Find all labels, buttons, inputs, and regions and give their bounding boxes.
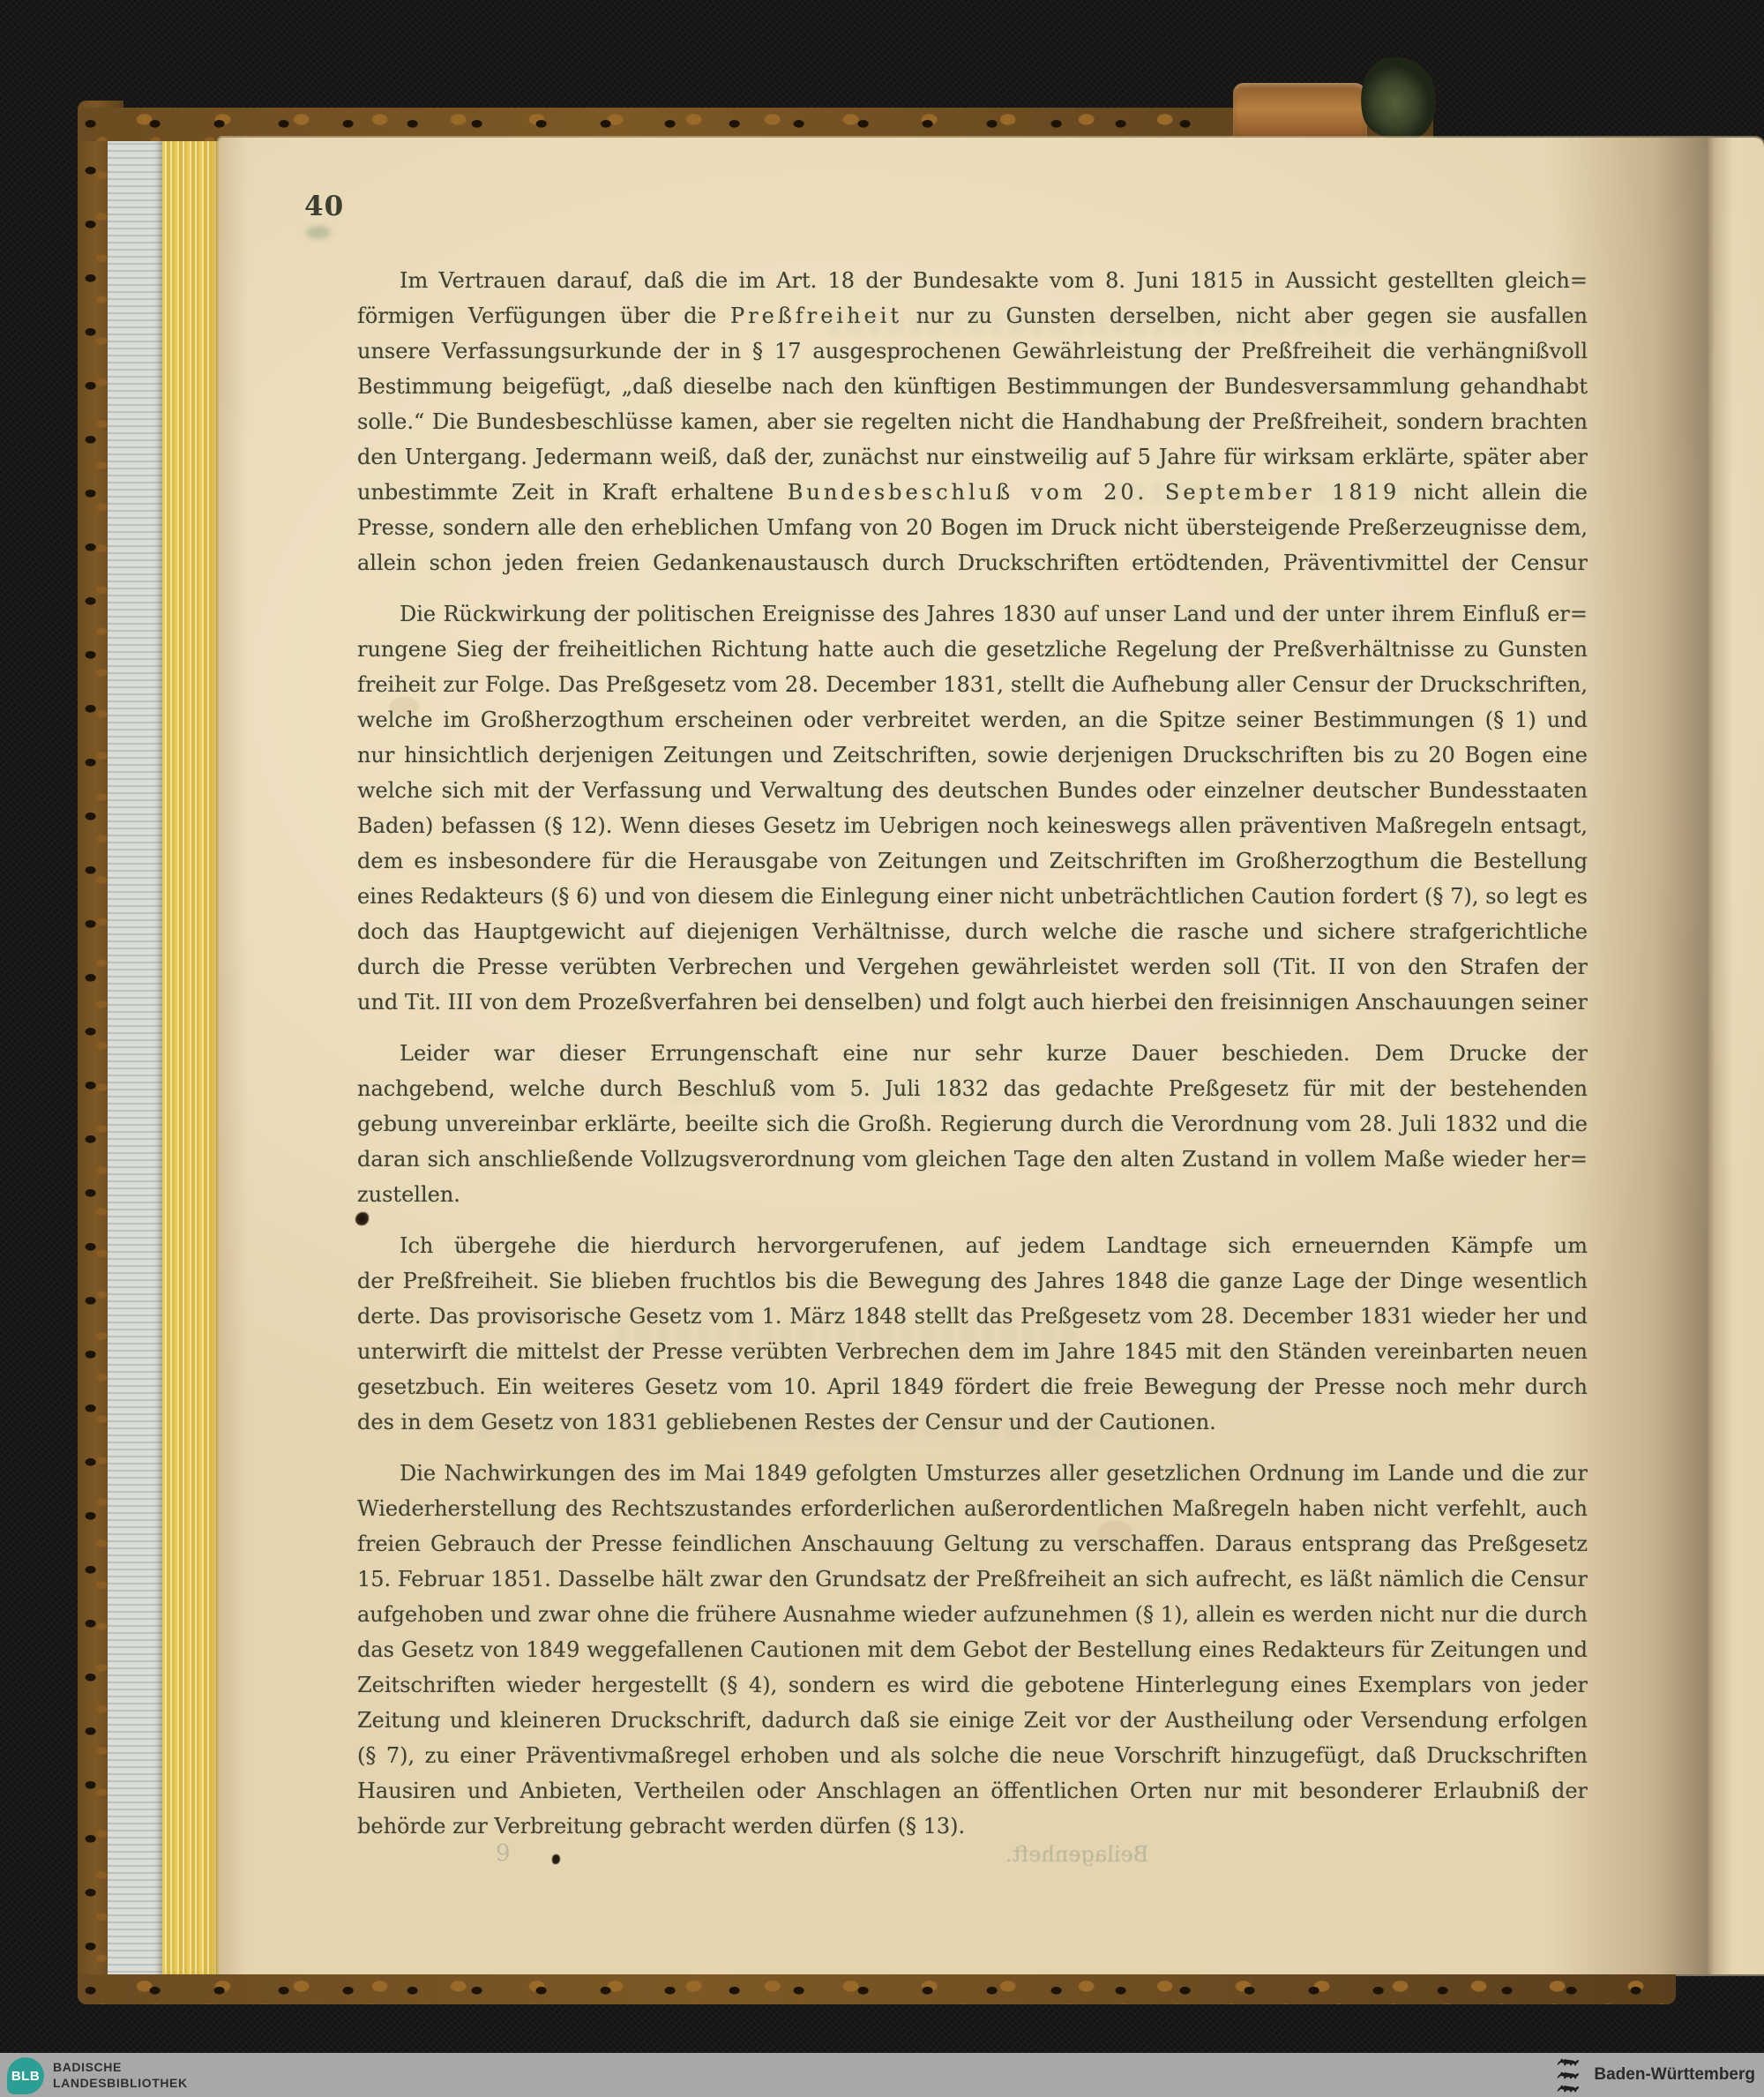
- text-line: Bestimmung beigefügt, „daß dieselbe nach…: [357, 369, 1588, 404]
- text-line: der Preßfreiheit. Sie blieben fruchtlos …: [357, 1263, 1588, 1299]
- text-line: das Gesetz von 1849 weggefallenen Cautio…: [357, 1632, 1588, 1667]
- text-line: nur hinsichtlich derjenigen Zeitungen un…: [357, 738, 1588, 773]
- text-line: dem es insbesondere für die Herausgabe v…: [357, 843, 1588, 879]
- state-name: Baden-Württemberg: [1594, 2065, 1755, 2085]
- paragraph: Die Nachwirkungen des im Mai 1849 gefolg…: [357, 1456, 1588, 1844]
- text-line: welche im Großherzogthum erscheinen oder…: [357, 702, 1588, 738]
- text-line: des in dem Gesetz von 1831 gebliebenen R…: [357, 1404, 1588, 1440]
- blb-library-logo: BLB: [7, 2057, 44, 2094]
- text-line: unbestimmte Zeit in Kraft erhaltene Bund…: [357, 475, 1588, 510]
- show-through-mirrored-text: Beilagenheft.: [1005, 1842, 1148, 1867]
- text-line: unterwirft die mittelst der Presse verüb…: [357, 1334, 1588, 1369]
- text-line: zustellen.: [357, 1177, 1588, 1212]
- text-line: allein schon jeden freien Gedankenaustau…: [357, 545, 1588, 580]
- paragraph: Im Vertrauen darauf, daß die im Art. 18 …: [357, 263, 1588, 580]
- text-line: 15. Februar 1851. Dasselbe hält zwar den…: [357, 1562, 1588, 1597]
- text-line: Zeitschriften wieder hergestellt (§ 4), …: [357, 1667, 1588, 1703]
- inserted-paper-sheet-edge: [108, 122, 162, 1981]
- faint-signature-mark: 9: [496, 1840, 511, 1867]
- state-branding: Baden-Württemberg: [1555, 2053, 1755, 2097]
- text-line: Im Vertrauen darauf, daß die im Art. 18 …: [357, 263, 1588, 298]
- text-line: behörde zur Verbreitung gebracht werden …: [357, 1809, 1588, 1844]
- text-line: Hausiren und Anbieten, Vertheilen oder A…: [357, 1773, 1588, 1809]
- text-line: Die Nachwirkungen des im Mai 1849 gefolg…: [357, 1456, 1588, 1491]
- text-line: Ich übergehe die hierdurch hervorgerufen…: [357, 1228, 1588, 1263]
- ink-smudge: [306, 226, 331, 239]
- text-line: nachgebend, welche durch Beschluß vom 5.…: [357, 1071, 1588, 1106]
- text-line: durch die Presse verübten Verbrechen und…: [357, 949, 1588, 985]
- library-name: BADISCHE LANDESBIBLIOTHEK: [53, 2059, 188, 2091]
- text-line: doch das Hauptgewicht auf diejenigen Ver…: [357, 914, 1588, 949]
- text-line: derte. Das provisorische Gesetz vom 1. M…: [357, 1299, 1588, 1334]
- text-line: förmigen Verfügungen über die Preßfreihe…: [357, 298, 1588, 333]
- text-line: gebung unvereinbar erklärte, beeilte sic…: [357, 1106, 1588, 1142]
- text-line: Leider war dieser Errungenschaft eine nu…: [357, 1036, 1588, 1071]
- spine-leather-patch: [1233, 83, 1367, 141]
- blb-logo-label: BLB: [11, 2069, 40, 2084]
- text-line: rungene Sieg der freiheitlichen Richtung…: [357, 632, 1588, 667]
- paragraph: Die Rückwirkung der politischen Ereignis…: [357, 596, 1588, 1020]
- text-line: Die Rückwirkung der politischen Ereignis…: [357, 596, 1588, 632]
- text-line: und Tit. III von dem Prozeßverfahren bei…: [357, 985, 1588, 1020]
- page-fore-edge-stack: [162, 116, 220, 1978]
- text-line: aufgehoben und zwar ohne die frühere Aus…: [357, 1597, 1588, 1632]
- text-line: welche sich mit der Verfassung und Verwa…: [357, 773, 1588, 808]
- text-line: eines Redakteurs (§ 6) und von diesem di…: [357, 879, 1588, 914]
- scanned-book-page-view: 40 Im Vertrauen darauf, daß die im Art. …: [0, 0, 1764, 2097]
- text-line: den Untergang. Jedermann weiß, daß der, …: [357, 439, 1588, 475]
- library-name-line1: BADISCHE: [53, 2059, 188, 2075]
- text-line: Baden) befassen (§ 12). Wenn dieses Gese…: [357, 808, 1588, 843]
- viewer-footer-bar: BLB BADISCHE LANDESBIBLIOTHEK Baden-Würt…: [0, 2053, 1764, 2097]
- page-number: 40: [304, 191, 344, 222]
- text-line: daran sich anschließende Vollzugsverordn…: [357, 1142, 1588, 1177]
- text-line: Wiederherstellung des Rechtszustandes er…: [357, 1491, 1588, 1526]
- text-block: Im Vertrauen darauf, daß die im Art. 18 …: [357, 263, 1588, 1860]
- text-line: freiheit zur Folge. Das Preßgesetz vom 2…: [357, 667, 1588, 702]
- text-line: (§ 7), zu einer Präventivmaßregel erhobe…: [357, 1738, 1588, 1773]
- text-line: Zeitung und kleineren Druckschrift, dadu…: [357, 1703, 1588, 1738]
- book-cover-top-edge: [78, 108, 1433, 141]
- text-line: solle.“ Die Bundesbeschlüsse kamen, aber…: [357, 404, 1588, 439]
- baden-wuerttemberg-coat-of-arms-icon: [1555, 2056, 1585, 2094]
- text-line: gesetzbuch. Ein weiteres Gesetz vom 10. …: [357, 1369, 1588, 1404]
- library-name-line2: LANDESBIBLIOTHEK: [53, 2075, 188, 2091]
- text-line: Presse, sondern alle den erheblichen Umf…: [357, 510, 1588, 545]
- text-line: freien Gebrauch der Presse feindlichen A…: [357, 1526, 1588, 1562]
- paragraph: Ich übergehe die hierdurch hervorgerufen…: [357, 1228, 1588, 1440]
- book-cover-bottom-edge: [78, 1974, 1676, 2004]
- text-line: unsere Verfassungsurkunde der in § 17 au…: [357, 333, 1588, 369]
- paragraph: Leider war dieser Errungenschaft eine nu…: [357, 1036, 1588, 1212]
